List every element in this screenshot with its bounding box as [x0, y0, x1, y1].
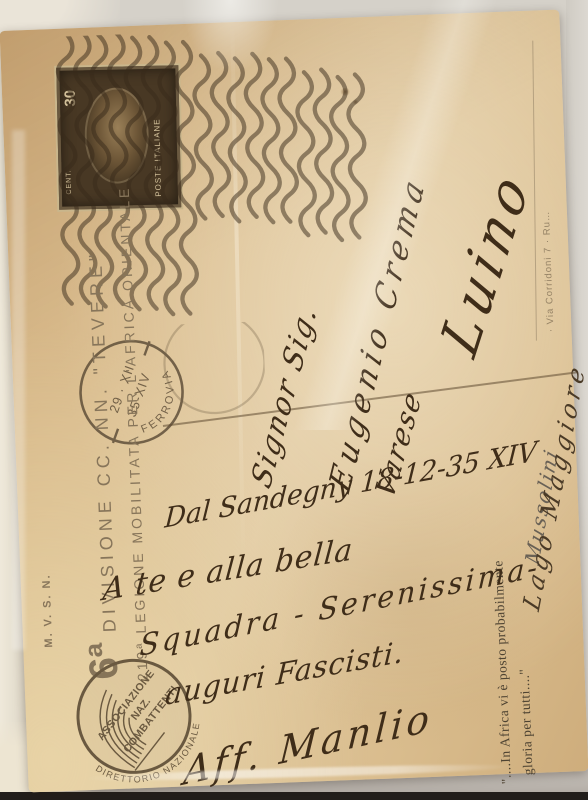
postcard-photo: POSTE ITALIANE 30 CENT. — [0, 0, 588, 800]
postmark-second-strike — [163, 321, 267, 415]
postcard: POSTE ITALIANE 30 CENT. — [0, 10, 588, 793]
